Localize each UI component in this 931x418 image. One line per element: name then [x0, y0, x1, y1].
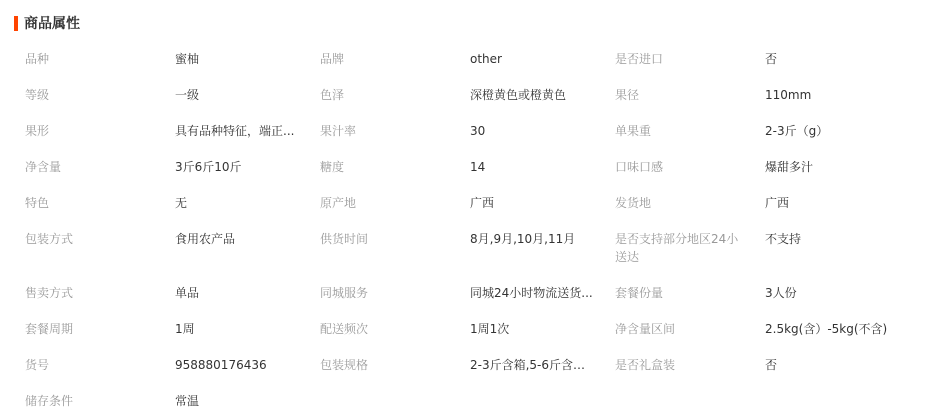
section-title: 商品属性	[24, 13, 80, 33]
attribute-label: 果汁率	[320, 122, 356, 140]
attribute-value: 3斤6斤10斤	[175, 158, 300, 176]
attribute-row: 品种 蜜柚 品牌 other 是否进口 否	[0, 48, 931, 84]
accent-bar	[14, 16, 18, 31]
attribute-value: 食用农产品	[175, 230, 300, 248]
attribute-row: 等级 一级 色泽 深橙黄色或橙黄色 果径 110mm	[0, 84, 931, 120]
attribute-label: 发货地	[615, 194, 651, 212]
attribute-label: 品牌	[320, 50, 344, 68]
attribute-label: 是否支持部分地区24小送达	[615, 230, 743, 266]
attribute-label: 套餐份量	[615, 284, 663, 302]
attribute-value: 2-3斤含箱,5-6斤含箱,...	[470, 356, 595, 374]
attribute-row: 包装方式 食用农产品 供货时间 8月,9月,10月,11月 是否支持部分地区24…	[0, 228, 931, 282]
attribute-label: 果径	[615, 86, 639, 104]
attribute-row: 售卖方式 单品 同城服务 同城24小时物流送货... 套餐份量 3人份	[0, 282, 931, 318]
attribute-value: 2.5kg(含）-5kg(不含)	[765, 320, 925, 338]
attribute-value: other	[470, 50, 595, 68]
attribute-row: 货号 958880176436 包装规格 2-3斤含箱,5-6斤含箱,... 是…	[0, 354, 931, 390]
attribute-value: 1周	[175, 320, 300, 338]
attribute-value: 1周1次	[470, 320, 595, 338]
attribute-label: 供货时间	[320, 230, 368, 248]
attribute-value: 同城24小时物流送货...	[470, 284, 595, 302]
attribute-row: 果形 具有品种特征，端正... 果汁率 30 单果重 2-3斤（g）	[0, 120, 931, 156]
attribute-value: 一级	[175, 86, 300, 104]
attribute-label: 口味口感	[615, 158, 663, 176]
attribute-value: 无	[175, 194, 300, 212]
attribute-row: 套餐周期 1周 配送频次 1周1次 净含量区间 2.5kg(含）-5kg(不含)	[0, 318, 931, 354]
attribute-value: 8月,9月,10月,11月	[470, 230, 595, 248]
attribute-row: 特色 无 原产地 广西 发货地 广西	[0, 192, 931, 228]
attributes-grid: 品种 蜜柚 品牌 other 是否进口 否 等级 一级 色泽 深橙黄色或橙黄色 …	[0, 48, 931, 418]
attribute-label: 配送频次	[320, 320, 368, 338]
attribute-label: 单果重	[615, 122, 651, 140]
attribute-value: 30	[470, 122, 595, 140]
attribute-value: 110mm	[765, 86, 890, 104]
attribute-label: 是否进口	[615, 50, 663, 68]
attribute-label: 特色	[25, 194, 49, 212]
attribute-value: 否	[765, 50, 890, 68]
attribute-row: 储存条件 常温	[0, 390, 931, 418]
attribute-label: 等级	[25, 86, 49, 104]
attribute-value: 3人份	[765, 284, 890, 302]
attribute-value: 14	[470, 158, 595, 176]
attribute-label: 包装规格	[320, 356, 368, 374]
attribute-value: 不支持	[765, 230, 890, 248]
attribute-value: 2-3斤（g）	[765, 122, 890, 140]
attribute-label: 果形	[25, 122, 49, 140]
attribute-label: 储存条件	[25, 392, 73, 410]
attribute-label: 售卖方式	[25, 284, 73, 302]
attribute-value: 具有品种特征，端正...	[175, 122, 300, 140]
attribute-label: 净含量区间	[615, 320, 675, 338]
attribute-label: 色泽	[320, 86, 344, 104]
attribute-label: 净含量	[25, 158, 61, 176]
attribute-label: 品种	[25, 50, 49, 68]
attribute-label: 包装方式	[25, 230, 73, 248]
attribute-label: 套餐周期	[25, 320, 73, 338]
attribute-value: 广西	[470, 194, 595, 212]
attribute-label: 货号	[25, 356, 49, 374]
attribute-value: 广西	[765, 194, 890, 212]
attribute-value: 常温	[175, 392, 300, 410]
attribute-label: 原产地	[320, 194, 356, 212]
attribute-value: 深橙黄色或橙黄色	[470, 86, 595, 104]
section-header: 商品属性	[14, 13, 80, 33]
attribute-value: 爆甜多汁	[765, 158, 890, 176]
attribute-label: 是否礼盒装	[615, 356, 675, 374]
attribute-label: 同城服务	[320, 284, 368, 302]
attribute-value: 单品	[175, 284, 300, 302]
attribute-label: 糖度	[320, 158, 344, 176]
attribute-value: 否	[765, 356, 890, 374]
attribute-value: 958880176436	[175, 356, 300, 374]
attribute-value: 蜜柚	[175, 50, 300, 68]
attribute-row: 净含量 3斤6斤10斤 糖度 14 口味口感 爆甜多汁	[0, 156, 931, 192]
